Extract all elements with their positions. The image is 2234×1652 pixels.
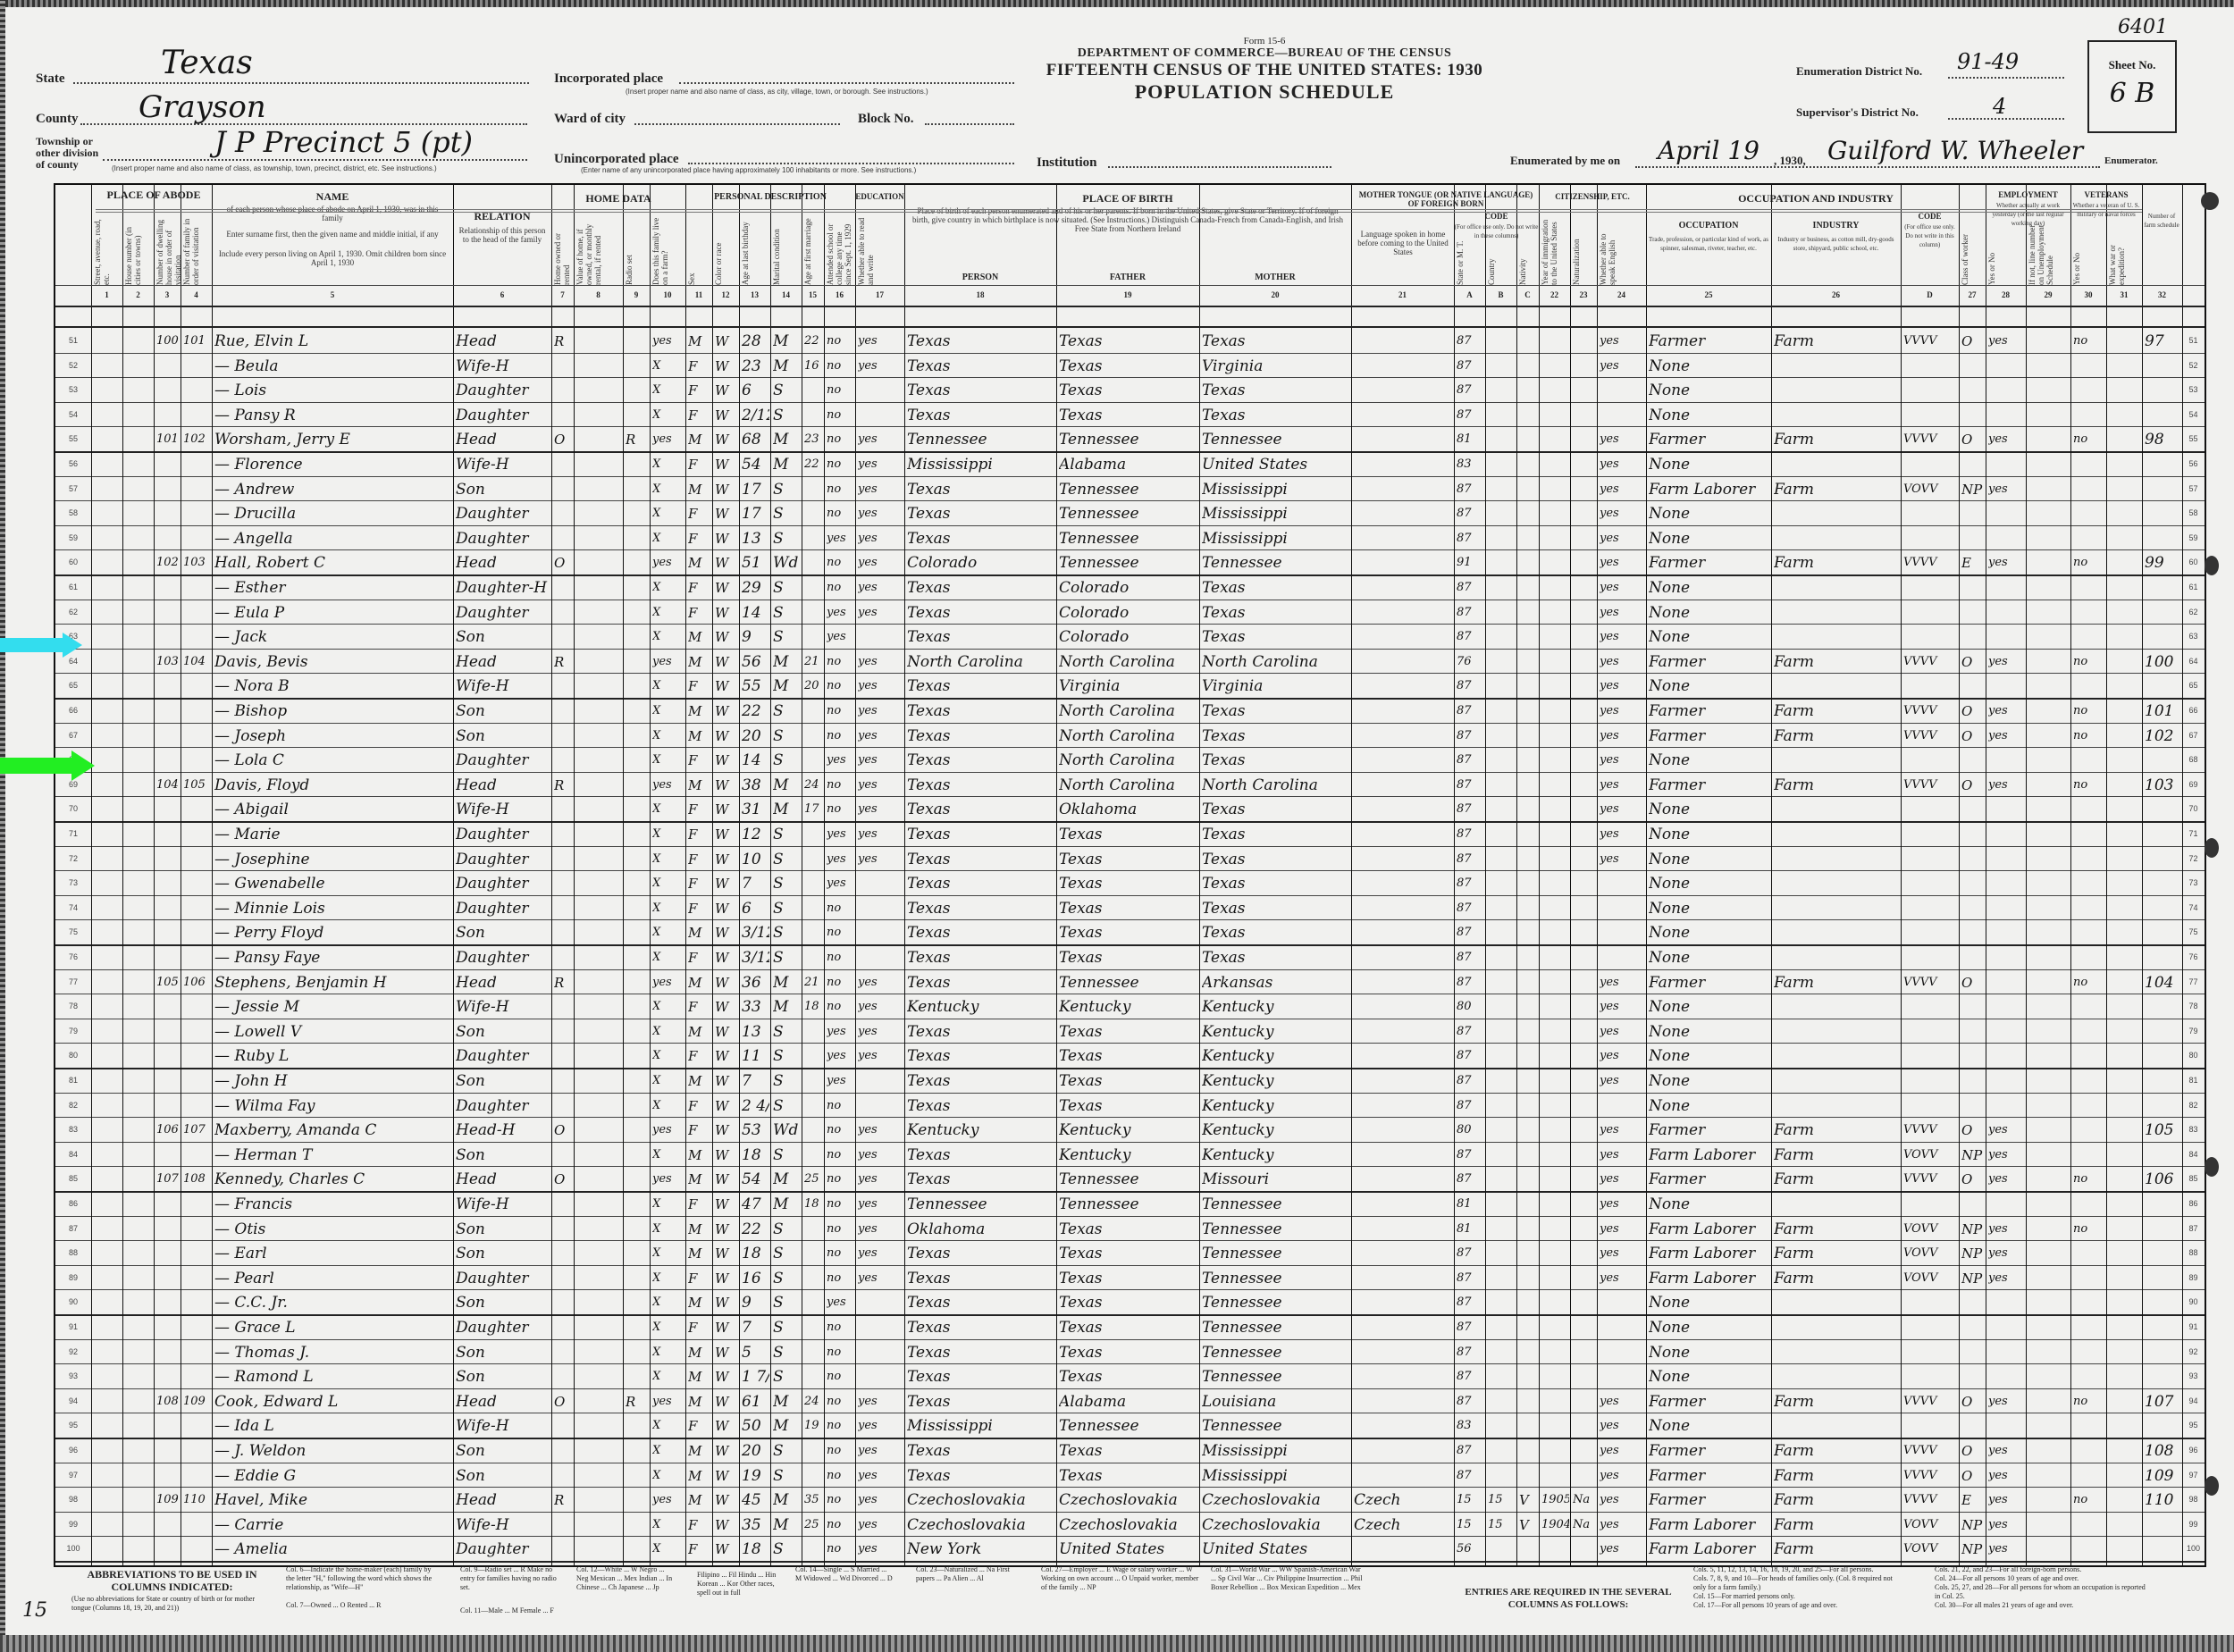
- cell-natur: [1573, 1363, 1596, 1388]
- cell-relation: Head: [456, 772, 550, 797]
- cell-code-b: [1488, 796, 1516, 821]
- cell-school: no: [827, 796, 854, 821]
- cell-farm: X: [652, 1438, 684, 1463]
- cell-veteran: [2073, 1068, 2105, 1093]
- cell-class: O: [1961, 723, 1985, 748]
- column-number: 12: [712, 290, 739, 299]
- cell-veteran: [2073, 600, 2105, 625]
- line-number-right: 87: [2182, 1216, 2205, 1241]
- table-row: 82— Wilma FayDaughterXFW2 4/12SnoTexasTe…: [55, 1093, 2205, 1118]
- cell-farm: X: [652, 846, 684, 871]
- entries-7: Cols. 25, 27, and 28—For all persons for…: [1935, 1583, 2149, 1601]
- cell-tongue: [1354, 1191, 1453, 1216]
- cell-relation: Daughter-H: [456, 574, 550, 600]
- cell-veteran: no: [2073, 698, 2105, 723]
- cell-farm-sched: [2145, 600, 2181, 625]
- cell-read: [858, 1363, 903, 1388]
- cell-code-c: [1519, 870, 1538, 895]
- line-number-right: 100: [2182, 1536, 2205, 1561]
- column-divider: [2106, 185, 2107, 1565]
- cell-industry: Farm: [1774, 476, 1900, 501]
- cell-sex: M: [688, 698, 711, 723]
- cell-name: Kennedy, Charles C: [214, 1166, 452, 1191]
- cell-occupation: Farm Laborer: [1649, 1142, 1770, 1167]
- cell-race: W: [715, 772, 738, 797]
- cell-occupation: Farm Laborer: [1649, 1536, 1770, 1561]
- cell-occupation: None: [1649, 870, 1770, 895]
- cell-age: 31: [742, 796, 769, 821]
- column-divider: [770, 185, 771, 1565]
- cell-radio: [626, 525, 649, 550]
- header-occupation: OCCUPATION: [1646, 221, 1771, 231]
- cell-industry: [1774, 821, 1900, 846]
- cell-relation: Wife-H: [456, 451, 550, 476]
- cell-code-c: [1519, 1339, 1538, 1364]
- cell-tenure: O: [554, 1117, 573, 1142]
- cell-employed: [1988, 1093, 2025, 1118]
- cell-father: Tennessee: [1059, 525, 1198, 550]
- cell-dwelling: 104: [156, 772, 180, 797]
- cell-employed: yes: [1988, 549, 2025, 574]
- cell-farm-sched: [2145, 673, 2181, 698]
- cell-school: yes: [827, 846, 854, 871]
- cell-veteran: [2073, 846, 2105, 871]
- cell-marital: S: [773, 846, 801, 871]
- cell-father: Texas: [1059, 1265, 1198, 1290]
- table-row: 69104105Davis, FloydHeadRyesMW38M24noyes…: [55, 772, 2205, 797]
- cell-read: yes: [858, 525, 903, 550]
- cell-code-d: [1903, 624, 1958, 649]
- cell-natur: [1573, 1191, 1596, 1216]
- cell-sex: M: [688, 426, 711, 451]
- cell-read: yes: [858, 723, 903, 748]
- cell-tongue: [1354, 1142, 1453, 1167]
- cell-birth: Texas: [907, 1142, 1055, 1167]
- cell-age-marr: 23: [804, 426, 823, 451]
- cell-farm: X: [652, 919, 684, 944]
- cell-farm-sched: 105: [2145, 1117, 2181, 1142]
- column-divider: [2026, 185, 2027, 1565]
- cell-veteran: [2073, 1019, 2105, 1044]
- cell-name: — Carrie: [214, 1512, 452, 1537]
- cell-relation: Head: [456, 328, 550, 353]
- cell-occupation: None: [1649, 1413, 1770, 1438]
- cell-school: yes: [827, 600, 854, 625]
- cell-read: [858, 1339, 903, 1364]
- table-row: 62— Eula PDaughterXFW14SyesyesTexasColor…: [55, 600, 2205, 625]
- line-number: 54: [55, 402, 91, 427]
- cell-code-b: [1488, 649, 1516, 674]
- cell-name: — Pearl: [214, 1265, 452, 1290]
- column-number: 30: [2070, 290, 2106, 299]
- cell-dwelling: [156, 1438, 180, 1463]
- cell-natur: [1573, 796, 1596, 821]
- cell-radio: [626, 1339, 649, 1364]
- cell-farm-sched: [2145, 476, 2181, 501]
- cell-dwelling: [156, 919, 180, 944]
- cell-natur: [1573, 402, 1596, 427]
- line-number: 82: [55, 1093, 91, 1118]
- cell-farm: X: [652, 574, 684, 600]
- cell-employed: yes: [1988, 723, 2025, 748]
- cell-dwelling: [156, 747, 180, 772]
- cell-industry: Farm: [1774, 649, 1900, 674]
- cell-name: — Ruby L: [214, 1043, 452, 1068]
- cell-sex: F: [688, 600, 711, 625]
- cell-mother: Tennessee: [1202, 1191, 1350, 1216]
- cell-farm: X: [652, 1093, 684, 1118]
- column-divider: [685, 185, 686, 1565]
- cell-farm-sched: [2145, 1216, 2181, 1241]
- line-number-right: 70: [2182, 796, 2205, 821]
- cell-tenure: [554, 919, 573, 944]
- table-row: 61— EstherDaughter-HXFW29SnoyesTexasColo…: [55, 574, 2205, 600]
- cell-veteran: [2073, 1339, 2105, 1364]
- cell-name: — Grace L: [214, 1314, 452, 1339]
- cell-occupation: Farmer: [1649, 1438, 1770, 1463]
- line-number: 99: [55, 1512, 91, 1537]
- cell-industry: Farm: [1774, 1536, 1900, 1561]
- cell-name: — Perry Floyd: [214, 919, 452, 944]
- cell-tongue: [1354, 1019, 1453, 1044]
- cell-marital: Wd: [773, 549, 801, 574]
- institution-line: [1108, 166, 1331, 168]
- column-number: 28: [1986, 290, 2026, 299]
- cell-tongue: [1354, 1166, 1453, 1191]
- cell-employed: [1988, 600, 2025, 625]
- cell-code-c: [1519, 328, 1538, 353]
- cell-natur: [1573, 1339, 1596, 1364]
- cell-mother: Tennessee: [1202, 1265, 1350, 1290]
- cell-farm-sched: [2145, 451, 2181, 476]
- cell-relation: Head: [456, 1166, 550, 1191]
- cell-industry: Farm: [1774, 1216, 1900, 1241]
- cell-relation: Wife-H: [456, 353, 550, 378]
- township-hint: (Insert proper name and also name of cla…: [112, 164, 437, 172]
- cell-school: no: [827, 895, 854, 920]
- column-number: 11: [685, 290, 712, 299]
- cell-code-a: 87: [1457, 821, 1484, 846]
- cell-father: Texas: [1059, 1093, 1198, 1118]
- cell-name: Stephens, Benjamin H: [214, 969, 452, 994]
- cell-industry: [1774, 451, 1900, 476]
- column-number: 19: [1056, 290, 1199, 299]
- cell-code-c: [1519, 723, 1538, 748]
- cell-farm-sched: [2145, 747, 2181, 772]
- cell-tongue: [1354, 1388, 1453, 1413]
- cell-school: no: [827, 1438, 854, 1463]
- cell-age: 16: [742, 1265, 769, 1290]
- cell-name: — Lowell V: [214, 1019, 452, 1044]
- column-divider: [154, 185, 155, 1565]
- cell-name: — Earl: [214, 1240, 452, 1265]
- cell-relation: Daughter: [456, 895, 550, 920]
- cell-relation: Son: [456, 1068, 550, 1093]
- table-row: 75— Perry FloydSonXMW3/12SnoTexasTexasTe…: [55, 919, 2205, 944]
- cell-marital: S: [773, 402, 801, 427]
- footer-col31: Col. 31—World War ... WW Spanish-America…: [1211, 1565, 1363, 1592]
- cell-sex: F: [688, 1265, 711, 1290]
- cell-natur: [1573, 1536, 1596, 1561]
- cell-birth: Oklahoma: [907, 1216, 1055, 1241]
- cell-relation: Son: [456, 1019, 550, 1044]
- cell-father: Czechoslovakia: [1059, 1487, 1198, 1512]
- cell-tenure: [554, 1413, 573, 1438]
- cell-sex: M: [688, 1363, 711, 1388]
- table-row: 87— OtisSonXMW22SnoyesOklahomaTexasTenne…: [55, 1216, 2205, 1241]
- cell-tongue: [1354, 451, 1453, 476]
- cell-code-a: 87: [1457, 1438, 1484, 1463]
- cell-race: W: [715, 747, 738, 772]
- cell-name: — C.C. Jr.: [214, 1289, 452, 1314]
- cell-sex: F: [688, 1413, 711, 1438]
- cell-natur: [1573, 1166, 1596, 1191]
- line-number: 94: [55, 1388, 91, 1413]
- cell-employed: yes: [1988, 476, 2025, 501]
- cell-name: Cook, Edward L: [214, 1388, 452, 1413]
- cell-farm-sched: [2145, 895, 2181, 920]
- cell-marital: S: [773, 723, 801, 748]
- line-number: 59: [55, 525, 91, 550]
- cell-tenure: [554, 451, 573, 476]
- cell-age: 47: [742, 1191, 769, 1216]
- column-divider: [1516, 185, 1517, 1565]
- cell-industry: [1774, 994, 1900, 1019]
- cell-radio: [626, 870, 649, 895]
- cell-occupation: None: [1649, 895, 1770, 920]
- cell-race: W: [715, 944, 738, 969]
- cell-code-d: VOVV: [1903, 1265, 1958, 1290]
- cell-read: yes: [858, 353, 903, 378]
- cell-code-c: [1519, 1043, 1538, 1068]
- line-number-right: 69: [2182, 772, 2205, 797]
- cell-code-a: 87: [1457, 353, 1484, 378]
- cell-age: 3/12: [742, 944, 769, 969]
- cell-age: 13: [742, 525, 769, 550]
- cell-code-b: 15: [1488, 1512, 1516, 1537]
- cell-sex: F: [688, 353, 711, 378]
- cell-race: W: [715, 673, 738, 698]
- cell-relation: Daughter: [456, 870, 550, 895]
- cell-english: [1600, 1363, 1645, 1388]
- cell-industry: [1774, 624, 1900, 649]
- cell-school: no: [827, 402, 854, 427]
- cell-birth: Texas: [907, 1463, 1055, 1488]
- cell-farm-sched: 108: [2145, 1438, 2181, 1463]
- county-value: Grayson: [139, 89, 266, 125]
- cell-employed: yes: [1988, 1463, 2025, 1488]
- cell-birth: Kentucky: [907, 1117, 1055, 1142]
- cell-veteran: [2073, 476, 2105, 501]
- line-number: 57: [55, 476, 91, 501]
- relation-desc: Relationship of this person to the head …: [458, 226, 547, 244]
- cell-code-b: [1488, 525, 1516, 550]
- cell-employed: [1988, 1043, 2025, 1068]
- cell-industry: Farm: [1774, 1512, 1900, 1537]
- cell-code-b: [1488, 476, 1516, 501]
- cell-tongue: [1354, 1216, 1453, 1241]
- cell-age-marr: 18: [804, 1191, 823, 1216]
- footer-col11: Col. 11—Male ... M Female ... F: [460, 1606, 563, 1615]
- cell-age: 17: [742, 500, 769, 525]
- cell-employed: yes: [1988, 698, 2025, 723]
- cell-school: no: [827, 549, 854, 574]
- cell-mother: Kentucky: [1202, 994, 1350, 1019]
- cell-farm-sched: [2145, 1289, 2181, 1314]
- cell-class: [1961, 673, 1985, 698]
- cell-farm-sched: [2145, 500, 2181, 525]
- cell-family: [183, 673, 211, 698]
- cell-immig: [1541, 1438, 1569, 1463]
- cell-age-marr: [804, 1438, 823, 1463]
- cell-english: yes: [1600, 1265, 1645, 1290]
- table-row: 84— Herman TSonXMW18SnoyesTexasKentuckyK…: [55, 1142, 2205, 1167]
- cell-mother: Texas: [1202, 944, 1350, 969]
- cell-code-c: [1519, 1289, 1538, 1314]
- cell-age: 53: [742, 1117, 769, 1142]
- cell-occupation: None: [1649, 1093, 1770, 1118]
- cell-tenure: [554, 1289, 573, 1314]
- cell-age: 51: [742, 549, 769, 574]
- cell-tongue: [1354, 1068, 1453, 1093]
- cell-class: [1961, 796, 1985, 821]
- cell-read: yes: [858, 673, 903, 698]
- cell-code-a: 81: [1457, 1216, 1484, 1241]
- cell-code-b: [1488, 500, 1516, 525]
- cell-dwelling: [156, 377, 180, 402]
- cell-school: no: [827, 1388, 854, 1413]
- cell-race: W: [715, 1019, 738, 1044]
- cell-code-b: [1488, 1216, 1516, 1241]
- cell-code-d: [1903, 994, 1958, 1019]
- cell-industry: Farm: [1774, 723, 1900, 748]
- cell-veteran: [2073, 1043, 2105, 1068]
- cell-farm: yes: [652, 1388, 684, 1413]
- cell-school: no: [827, 673, 854, 698]
- cell-code-c: [1519, 574, 1538, 600]
- cell-farm-sched: [2145, 1068, 2181, 1093]
- cell-mother: Tennessee: [1202, 1216, 1350, 1241]
- line-number: 77: [55, 969, 91, 994]
- cell-family: [183, 500, 211, 525]
- line-number-right: 63: [2182, 624, 2205, 649]
- cell-farm-sched: [2145, 994, 2181, 1019]
- cell-immig: [1541, 919, 1569, 944]
- cell-radio: [626, 1463, 649, 1488]
- header-rule: [55, 285, 2205, 286]
- cell-employed: [1988, 747, 2025, 772]
- table-row: 88— EarlSonXMW18SnoyesTexasTexasTennesse…: [55, 1240, 2205, 1265]
- cell-read: yes: [858, 574, 903, 600]
- column-label-farm: Does this family live on a farm?: [651, 215, 684, 285]
- cell-code-b: [1488, 673, 1516, 698]
- cell-english: yes: [1600, 747, 1645, 772]
- cell-tongue: [1354, 846, 1453, 871]
- cell-dwelling: 107: [156, 1166, 180, 1191]
- cell-father: North Carolina: [1059, 649, 1198, 674]
- cell-tongue: [1354, 969, 1453, 994]
- cell-immig: [1541, 969, 1569, 994]
- cell-farm: yes: [652, 549, 684, 574]
- cell-occupation: None: [1649, 919, 1770, 944]
- cell-english: yes: [1600, 328, 1645, 353]
- column-label-employed: Yes or No: [1987, 215, 2024, 285]
- cell-relation: Wife-H: [456, 1413, 550, 1438]
- cell-father: Alabama: [1059, 1388, 1198, 1413]
- column-number: 32: [2142, 290, 2182, 299]
- cell-code-a: 87: [1457, 1240, 1484, 1265]
- cell-mother: Texas: [1202, 402, 1350, 427]
- cell-farm-sched: [2145, 1339, 2181, 1364]
- cell-class: [1961, 574, 1985, 600]
- cell-age-marr: 25: [804, 1512, 823, 1537]
- cell-relation: Daughter: [456, 1093, 550, 1118]
- cell-tongue: [1354, 673, 1453, 698]
- cell-industry: Farm: [1774, 1463, 1900, 1488]
- cell-name: Maxberry, Amanda C: [214, 1117, 452, 1142]
- cell-employed: yes: [1988, 649, 2025, 674]
- cell-family: [183, 698, 211, 723]
- column-label-code-a: State or M. T.: [1456, 215, 1483, 285]
- column-divider: [91, 185, 92, 1565]
- cell-read: yes: [858, 1438, 903, 1463]
- cell-mother: Louisiana: [1202, 1388, 1350, 1413]
- cell-dwelling: [156, 821, 180, 846]
- cell-family: [183, 944, 211, 969]
- line-number-right: 92: [2182, 1339, 2205, 1364]
- cell-age: 18: [742, 1536, 769, 1561]
- cell-class: O: [1961, 772, 1985, 797]
- cell-veteran: [2073, 870, 2105, 895]
- cell-tenure: [554, 723, 573, 748]
- cell-radio: [626, 1413, 649, 1438]
- cell-age: 13: [742, 1019, 769, 1044]
- cell-mother: Texas: [1202, 624, 1350, 649]
- cell-immig: [1541, 500, 1569, 525]
- cell-sex: M: [688, 624, 711, 649]
- cell-veteran: [2073, 796, 2105, 821]
- cell-mother: Tennessee: [1202, 1363, 1350, 1388]
- cell-marital: S: [773, 944, 801, 969]
- cell-employed: [1988, 846, 2025, 871]
- cell-family: [183, 1314, 211, 1339]
- cell-age: 6: [742, 377, 769, 402]
- cell-school: no: [827, 1363, 854, 1388]
- cell-marital: S: [773, 1363, 801, 1388]
- cell-race: W: [715, 426, 738, 451]
- cell-radio: [626, 1019, 649, 1044]
- line-number-right: 78: [2182, 994, 2205, 1019]
- cell-father: Tennessee: [1059, 549, 1198, 574]
- cell-birth: Texas: [907, 1043, 1055, 1068]
- cell-relation: Wife-H: [456, 673, 550, 698]
- line-number: 58: [55, 500, 91, 525]
- cell-immig: [1541, 476, 1569, 501]
- cell-english: [1600, 402, 1645, 427]
- cell-farm: X: [652, 600, 684, 625]
- cell-farm: X: [652, 1289, 684, 1314]
- cell-race: W: [715, 377, 738, 402]
- cell-occupation: Farmer: [1649, 426, 1770, 451]
- column-divider: [2070, 185, 2071, 1565]
- cell-name: — Lola C: [214, 747, 452, 772]
- cell-occupation: Farm Laborer: [1649, 1265, 1770, 1290]
- line-number-right: 81: [2182, 1068, 2205, 1093]
- table-row: 65— Nora BWife-HXFW55M20noyesTexasVirgin…: [55, 673, 2205, 698]
- cell-race: W: [715, 1216, 738, 1241]
- cell-tenure: [554, 1191, 573, 1216]
- table-row: 78— Jessie MWife-HXFW33M18noyesKentuckyK…: [55, 994, 2205, 1019]
